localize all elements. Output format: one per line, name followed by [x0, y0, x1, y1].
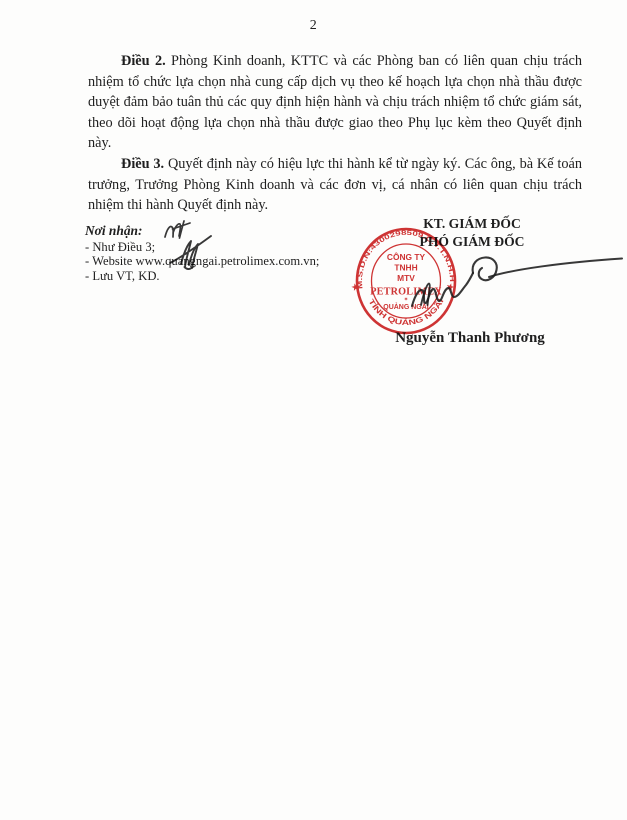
paragraph-lead: Điều 3.	[121, 156, 164, 172]
signature-title-line1: KT. GIÁM ĐỐC	[392, 215, 552, 233]
stamp-center-line-tnhh: TNHH	[394, 263, 417, 273]
recipient-item: - Lưu VT, KD.	[85, 269, 319, 283]
stamp-center-line-mtv: MTV	[397, 273, 415, 283]
recipient-item: - Như Điều 3;	[85, 240, 319, 254]
director-signature	[412, 257, 622, 306]
signature-title-line2: PHÓ GIÁM ĐỐC	[392, 233, 552, 251]
stamp-center-line-petrolimex: PETROLIMEX	[370, 287, 442, 298]
page-number: 2	[0, 18, 627, 34]
stamp-small-star-icon: ✶	[404, 297, 408, 302]
stamp-province-arc: TỈNH QUẢNG NGÃI	[367, 297, 446, 327]
stamp-star-left-icon: ★	[350, 281, 361, 293]
stamp-center-line-congty: CÔNG TY	[387, 251, 426, 262]
signature-title-block: KT. GIÁM ĐỐC PHÓ GIÁM ĐỐC	[392, 215, 552, 250]
stamp-inner-ring	[372, 244, 441, 318]
body-text: Điều 2. Phòng Kinh doanh, KTTC và các Ph…	[88, 51, 582, 216]
stamp-star-right-icon: ★	[445, 281, 456, 293]
document-page: 2 Điều 2. Phòng Kinh doanh, KTTC và các …	[0, 0, 627, 820]
signer-name: Nguyễn Thanh Phương	[370, 330, 570, 347]
paragraph-lead: Điều 2.	[121, 53, 166, 69]
recipients-block: Nơi nhận: - Như Điều 3; - Website www.qu…	[85, 224, 319, 283]
paragraph-dieu-2: Điều 2. Phòng Kinh doanh, KTTC và các Ph…	[88, 51, 582, 154]
recipients-heading: Nơi nhận:	[85, 224, 319, 238]
stamp-center-line-quangngai: QUẢNG NGÃI	[383, 302, 429, 311]
recipient-item: - Website www.quangngai.petrolimex.com.v…	[85, 254, 319, 268]
paragraph-dieu-3: Điều 3. Quyết định này có hiệu lực thi h…	[88, 154, 582, 216]
